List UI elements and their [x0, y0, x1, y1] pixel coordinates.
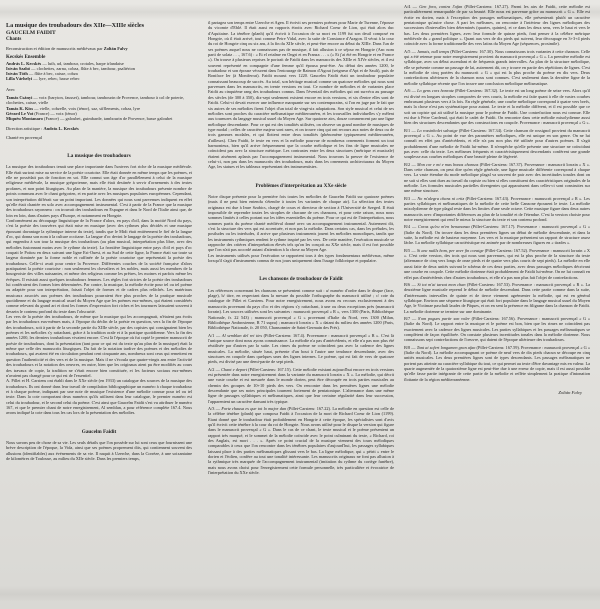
- performer-name: Miquèu Montanaro: [6, 116, 43, 121]
- track-id: A/6 —: [404, 88, 417, 93]
- track-description: Parmi les airs de Faidit, cette mélodie …: [404, 4, 590, 46]
- track-id: B/5 —: [404, 248, 417, 253]
- section-faidit-body-cont: il partagea son temps entre Uzerche et A…: [208, 20, 394, 170]
- artist-name: GAUCELM FAIDIT: [6, 30, 192, 37]
- track-title: Jamais, null temps: [417, 49, 450, 54]
- track-description: La mélodie en question est celle de la c…: [208, 406, 394, 475]
- track-description: Provenance : manuscrit provençal « R ». …: [404, 282, 590, 314]
- track-title: Si anc nuills hom, per aver fin coratge: [417, 248, 485, 253]
- section-title-faidit: Gaucelm Faidit: [6, 430, 192, 435]
- track-note: B/6 — Si tot m'ai tarzat mon chan (Pille…: [404, 282, 590, 314]
- track-reference: (Pillet-Carstens: 167.27).: [465, 4, 512, 9]
- track-title: Lo rossinholet salvatge: [417, 128, 459, 133]
- performer-name: István Tóth: [6, 71, 28, 76]
- track-note: B/3 — No m'alegra chans ni critz (Pillet…: [404, 196, 590, 223]
- track-title: Tant ai sofert longamen gran afan: [417, 345, 477, 350]
- track-id: A/2 —: [208, 367, 221, 372]
- track-title: S'om pogues partir son voler: [418, 316, 472, 321]
- performer-name: Tamás K. Kiss: [6, 106, 33, 111]
- liner-notes-page: La musique des troubadours des XIIe—XIII…: [0, 0, 600, 609]
- performer-entry: Lilla Várhelyi — lyre, rebec, basse rebe…: [6, 76, 192, 81]
- track-note: A/2 — Chant e deport (Pillet-Carstens: 1…: [208, 367, 394, 404]
- track-description: Nous connaissons trois variantes à cette…: [404, 49, 590, 86]
- track-note: B/8 — Tant ai sofert longamen gran afan …: [404, 345, 590, 382]
- track-reference: (Pillet-Carstens: 167.22).: [288, 406, 333, 411]
- performer-name: András L. Kecskés: [6, 61, 41, 66]
- paragraph: il partagea son temps entre Uzerche et A…: [208, 20, 394, 170]
- track-description: Provenance : manuscrit provençal « R ». …: [208, 333, 394, 365]
- sung-language: Chanté en provençal: [6, 135, 192, 140]
- track-notes-list: A/1 — Al semblan del rei ties (Pillet-Ca…: [208, 333, 394, 476]
- track-note: A/6 — Lo gens cors honratz (Pillet-Carst…: [404, 88, 590, 125]
- track-reference: (Pillet-Carstens: 167.30).: [450, 49, 495, 54]
- track-id: B/2 —: [404, 162, 417, 167]
- paragraph: Conformément au découpage linguistique d…: [6, 218, 192, 314]
- track-title: Fortz chausa es que tot lo major dan: [221, 406, 287, 411]
- track-id: A/4 —: [404, 4, 419, 9]
- performer-name: Tamás Csányi: [6, 95, 32, 100]
- album-title: La musique des troubadours des XIIe—XIII…: [6, 22, 192, 30]
- section-faidit-body-start: Nous savons peu de chose de sa vie. Les …: [6, 440, 192, 461]
- track-title: Si tot m'ai tarzat mon chan: [417, 282, 467, 287]
- column-1: La musique des troubadours des XIIe—XIII…: [6, 18, 192, 461]
- track-title: Al semblan del rei ties: [222, 333, 264, 338]
- track-description: Cette mélodie existant aujourd'hui encor…: [208, 367, 394, 404]
- paragraph: Notre disque présente pour la première f…: [208, 194, 394, 253]
- track-description: Provenance : manuscrit lorrain « X ». C'…: [404, 248, 590, 280]
- track-reference: (Pillet-Carstens: 167.56).: [472, 316, 518, 321]
- guest-list: Tamás Csányi — voix (baryton, fausset), …: [6, 95, 192, 121]
- track-note: B/4 — Coras qu'eu m'en benananza (Pillet…: [404, 224, 590, 245]
- track-note: B/2 — Mon cor e mi e mas bonas chansos (…: [404, 162, 590, 194]
- performer-role: — vielle, cobzelle, voix (ténor), saz, s…: [33, 106, 140, 111]
- track-reference: (Pillet-Carstens: 167.53).: [467, 282, 512, 287]
- paragraph: Les vers de la poésie des troubadours, d…: [6, 314, 192, 378]
- track-id: B/8 —: [404, 345, 417, 350]
- track-title: No m'alegra chans ni critz: [417, 196, 465, 201]
- track-id: A/5 —: [404, 49, 417, 54]
- ensemble-name: Kecskés Ensemble: [6, 54, 192, 61]
- track-reference: (Pillet-Carstens: 167.15).: [248, 367, 293, 372]
- track-title: Lo gens cors honratz: [417, 88, 455, 93]
- track-note: B/5 — Si anc nuills hom, per aver fin co…: [404, 248, 590, 280]
- track-reference: (Pillet-Carstens: 167.59).: [477, 345, 521, 350]
- performer-name: Gérard Le Vot: [6, 111, 33, 116]
- performer-role: — clochettes, zarna, cobza, flûte à bec,…: [30, 66, 135, 71]
- paragraph: A. Pillet et H. Carstens ont établi dans…: [6, 378, 192, 415]
- chansons-intro: Les références concernant les chansons s…: [208, 288, 394, 331]
- paragraph: La musique des troubadours tenait une pl…: [6, 164, 192, 217]
- section-title-troubadours: La musique des troubadours: [6, 154, 192, 159]
- track-title: Mon cor e mi e mas bonas chansos: [417, 162, 480, 167]
- album-subtitle: Chants: [6, 37, 192, 44]
- column-2: il partagea son temps entre Uzerche et A…: [208, 20, 394, 475]
- track-reference: (Pillet-Carstens: 167.37).: [480, 162, 525, 167]
- track-note: A/5 — Jamais, null temps (Pillet-Carsten…: [404, 49, 590, 86]
- track-reference: (Pillet-Carstens: 167.4).: [264, 333, 307, 338]
- performer-list: András L. Kecskés — luth, ud, tambour, c…: [6, 61, 192, 82]
- section-title-chansons: Les chansons de troubadour de Faidit: [208, 277, 394, 282]
- performer-name: Lilla Várhelyi: [6, 76, 32, 81]
- track-description: Cette chanson de rossignol provient du m…: [404, 128, 590, 160]
- track-id: B/4 —: [404, 224, 418, 229]
- track-note: B/1 — Lo rossinholet salvatge (Pillet-Ca…: [404, 128, 590, 160]
- track-title: Gen fora, contra l'afan: [419, 4, 464, 9]
- track-reference: (Pillet-Carstens: 167.17).: [471, 224, 517, 229]
- track-id: B/6 —: [404, 282, 417, 287]
- performer-role: — lyre, rebec, basse rebec: [32, 76, 79, 81]
- column-3: A/4 — Gen fora, contra l'afan (Pillet-Ca…: [404, 2, 590, 395]
- performer-role: — flûte à bec, caisse, cobza: [28, 71, 78, 76]
- paragraph: Nous savons peu de chose de sa vie. Les …: [6, 440, 192, 461]
- performer-role: — voix (baryton, fausset), tambour, tamb…: [6, 95, 184, 105]
- avec-label: Avec: [6, 87, 192, 92]
- track-title: Chant e deport: [221, 367, 248, 372]
- track-notes-list-cont: A/4 — Gen fora, contra l'afan (Pillet-Ca…: [404, 4, 590, 382]
- track-reference: (Pillet-Carstens: 167.43).: [466, 196, 511, 201]
- paragraph: Les instruments utilisés pour l'exécutio…: [208, 253, 394, 264]
- track-id: A/1 —: [208, 333, 222, 338]
- paper-fold-shadow: [0, 586, 600, 602]
- performer-entry: Miquèu Montanaro (France) — galoubet, gu…: [6, 116, 192, 121]
- track-reference: (Pillet-Carstens: 167.34).: [459, 128, 504, 133]
- performer-role: — luth, ud, tambour, crotales, harpe irl…: [41, 61, 124, 66]
- reconstruction-credit: Reconstruction et édition de manuscrits …: [6, 46, 192, 52]
- section-title-interpretation: Problèmes d'interprétation au XXe siècle: [208, 184, 394, 189]
- track-note: A/4 — Gen fora, contra l'afan (Pillet-Ca…: [404, 4, 590, 47]
- performer-entry: Tamás Csányi — voix (baryton, fausset), …: [6, 95, 192, 106]
- track-description: Le texte est un long poème de seize vers…: [404, 88, 590, 125]
- track-id: A/3 —: [208, 406, 221, 411]
- track-note: B/7 — S'om pogues partir son voler (Pill…: [404, 316, 590, 343]
- section-troubadours-body: La musique des troubadours tenait une pl…: [6, 164, 192, 415]
- track-description: Provenance : manuscrit lorrain « X ». Da…: [404, 162, 590, 194]
- author-signature: Zoltán Falvy: [404, 390, 590, 395]
- performer-role: (France) — voix (ténor): [33, 111, 76, 116]
- performer-role: (France) — galoubet, guimbarde, tambouri…: [43, 116, 172, 121]
- section-interpretation-body: Notre disque présente pour la première f…: [208, 194, 394, 263]
- track-id: B/1 —: [404, 128, 417, 133]
- track-reference: (Pillet-Carstens: 167.52).: [485, 248, 530, 253]
- track-note: A/1 — Al semblan del rei ties (Pillet-Ca…: [208, 333, 394, 365]
- track-description: Provenance : manuscrit provençal « G » (…: [404, 345, 590, 382]
- track-reference: (Pillet-Carstens: 167.32).: [455, 88, 500, 93]
- track-id: B/3 —: [404, 196, 417, 201]
- track-id: B/7 —: [404, 316, 418, 321]
- performer-name: István Szabó: [6, 66, 30, 71]
- track-title: Coras qu'eu m'en benananza: [418, 224, 471, 229]
- track-note: A/3 — Fortz chausa es que tot lo major d…: [208, 406, 394, 475]
